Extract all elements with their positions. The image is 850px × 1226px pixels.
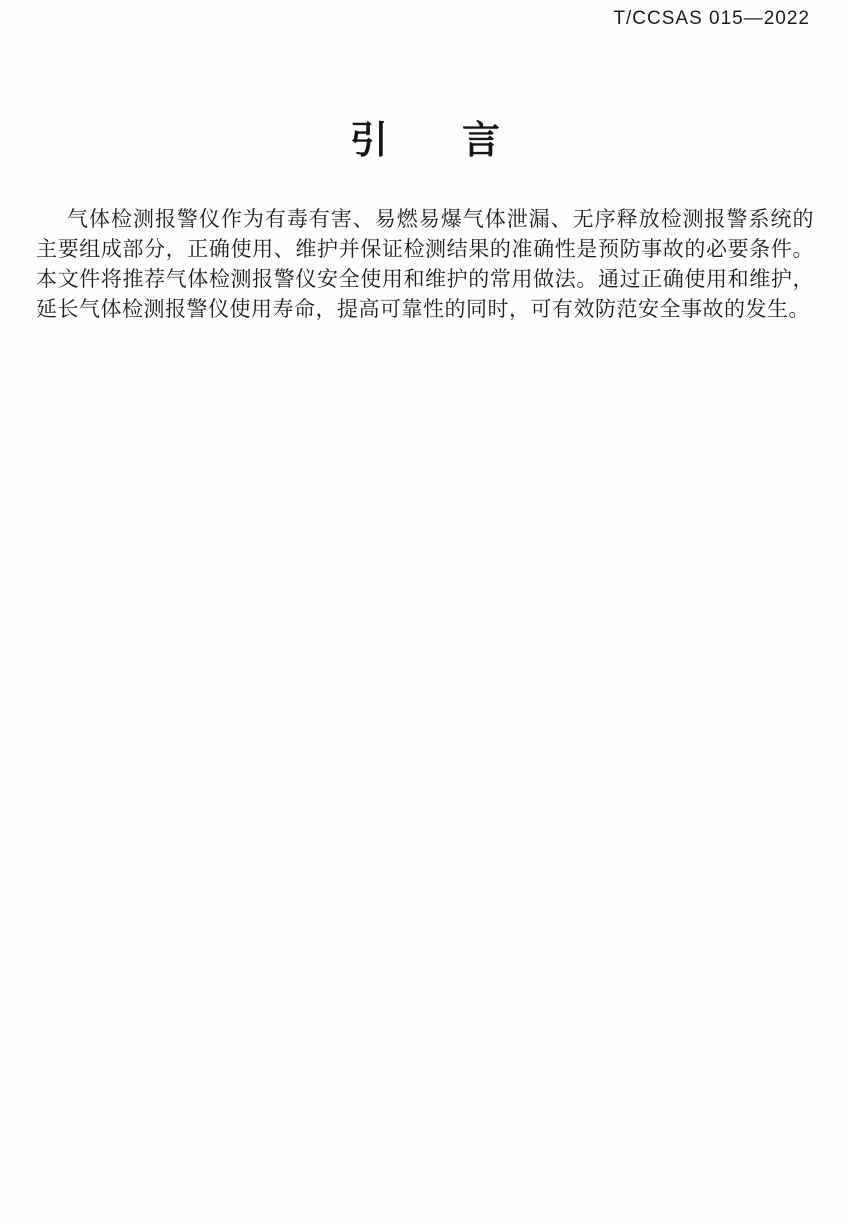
page-title-char-left: 引 bbox=[350, 122, 388, 160]
document-page: T/CCSAS 015—2022 引 言 气体检测报警仪作为有毒有害、易燃易爆气… bbox=[0, 0, 850, 1226]
page-title-char-right: 言 bbox=[462, 122, 500, 160]
introduction-paragraph: 气体检测报警仪作为有毒有害、易燃易爆气体泄漏、无序释放检测报警系统的主要组成部分… bbox=[36, 204, 814, 324]
page-title: 引 言 bbox=[0, 122, 850, 160]
standard-number-header: T/CCSAS 015—2022 bbox=[613, 8, 810, 30]
